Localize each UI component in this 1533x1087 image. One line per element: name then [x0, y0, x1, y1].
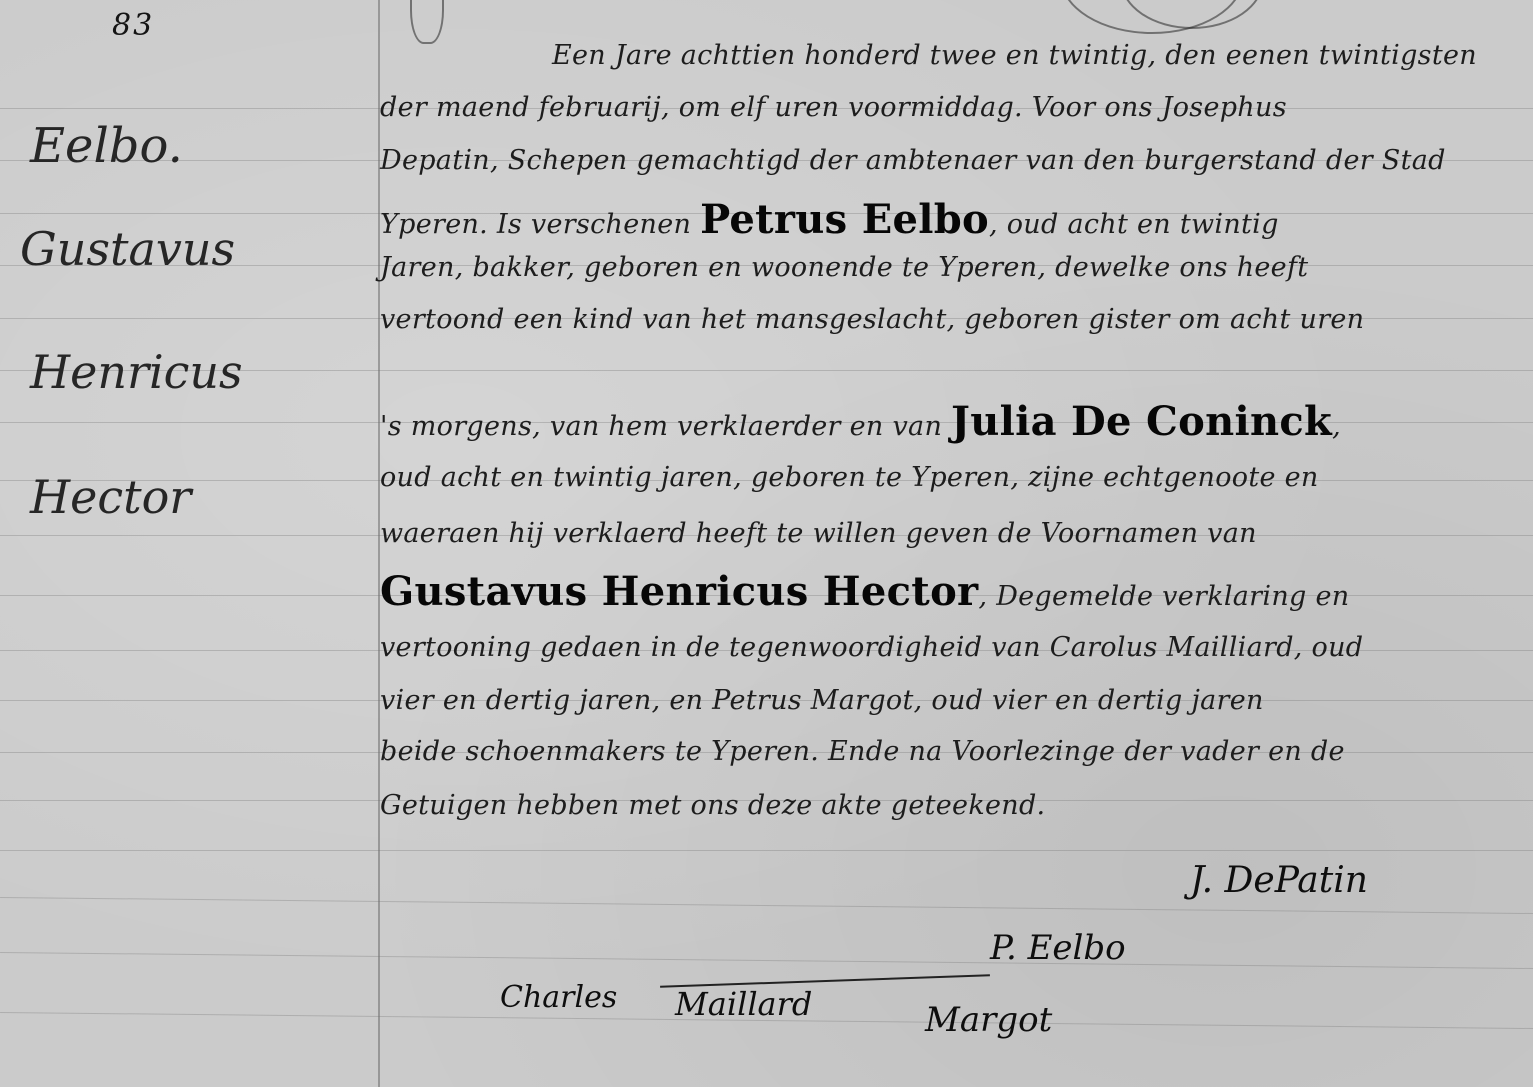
body-line: Jaren, bakker, geboren en woonende te Yp…: [380, 252, 1308, 283]
body-line: Yperen. Is verschenen Petrus Eelbo, oud …: [380, 196, 1279, 243]
body-text: 's morgens, van hem verklaerder en van: [380, 411, 951, 442]
margin-given-name: Henricus: [30, 345, 243, 399]
body-line: oud acht en twintig jaren, geboren te Yp…: [380, 462, 1319, 493]
body-text: Yperen. Is verschenen: [380, 209, 700, 240]
signature-father: P. Eelbo: [990, 928, 1126, 968]
mother-name: Julia De Coninck: [951, 398, 1332, 445]
body-text: , oud acht en twintig: [989, 209, 1279, 240]
body-text: , Degemelde verklaring en: [978, 581, 1349, 612]
body-line: 's morgens, van hem verklaerder en van J…: [380, 398, 1341, 445]
body-line: vertoond een kind van het mansgeslacht, …: [380, 304, 1364, 335]
child-given-names: Gustavus Henricus Hector: [380, 568, 978, 615]
ruled-line: [0, 850, 1533, 851]
signature-witness-1-last: Maillard: [675, 985, 812, 1023]
signature-official: J. DePatin: [1190, 860, 1368, 901]
body-line: vertooning gedaen in de tegenwoordigheid…: [380, 632, 1363, 663]
body-line: vier en dertig jaren, en Petrus Margot, …: [380, 685, 1264, 716]
margin-given-name: Gustavus: [20, 222, 235, 276]
signature-witness-1-first: Charles: [500, 980, 617, 1015]
body-line: Een Jare achttien honderd twee en twinti…: [552, 40, 1477, 71]
page-number: 83: [112, 8, 154, 43]
father-name: Petrus Eelbo: [700, 196, 989, 243]
body-line: Depatin, Schepen gemachtigd der ambtenae…: [380, 145, 1446, 176]
body-line: Gustavus Henricus Hector, Degemelde verk…: [380, 568, 1349, 615]
margin-surname: Eelbo.: [30, 118, 183, 174]
margin-given-name: Hector: [30, 470, 191, 524]
signature-witness-2: Margot: [925, 1000, 1052, 1040]
body-line: Getuigen hebben met ons deze akte geteek…: [380, 790, 1045, 821]
body-text: ,: [1332, 411, 1341, 442]
body-line: waeraen hij verklaerd heeft te willen ge…: [380, 518, 1257, 549]
body-line: der maend februarij, om elf uren voormid…: [380, 92, 1287, 123]
body-line: beide schoenmakers te Yperen. Ende na Vo…: [380, 736, 1345, 767]
